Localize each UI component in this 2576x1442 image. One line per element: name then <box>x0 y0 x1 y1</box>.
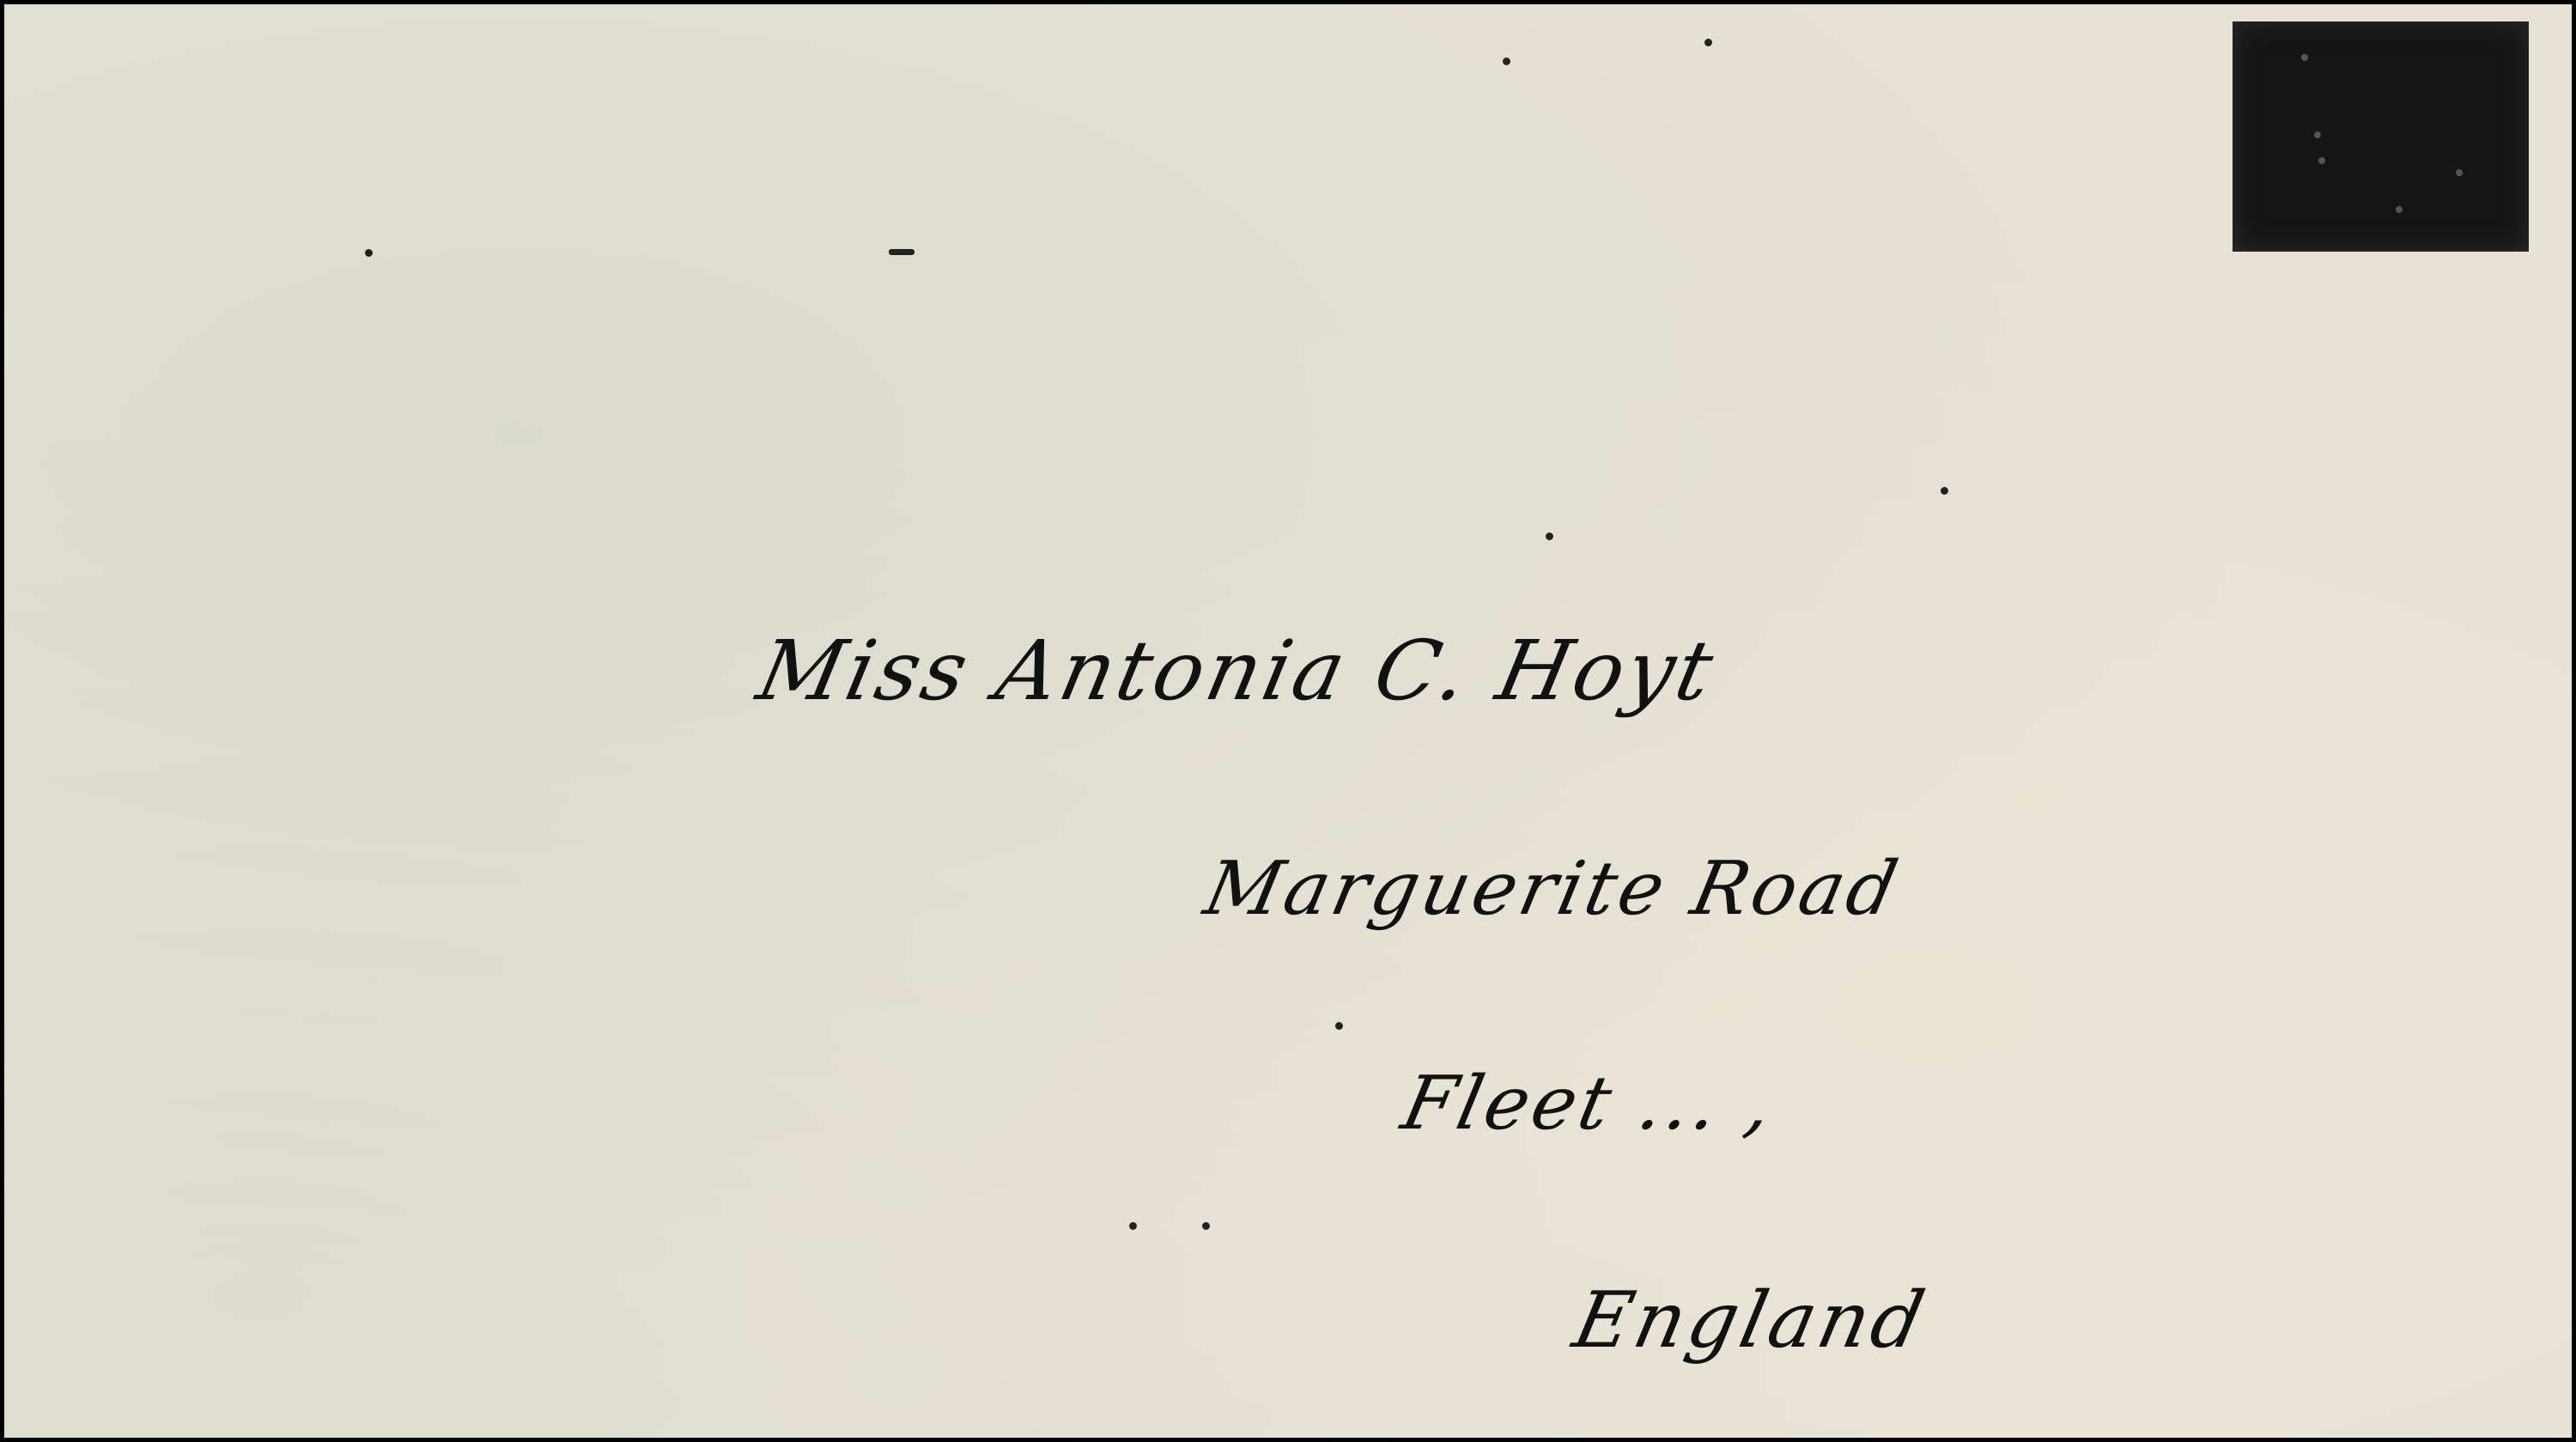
handwritten-address: Miss Antonia C. Hoyt Marguerite Road Fle… <box>4 4 2572 1438</box>
address-town: Fleet ... , <box>1394 1061 1783 1147</box>
address-recipient: Miss Antonia C. Hoyt <box>750 623 1724 719</box>
address-country: England <box>1566 1275 1935 1366</box>
envelope: Miss Antonia C. Hoyt Marguerite Road Fle… <box>4 4 2572 1438</box>
address-street: Marguerite Road <box>1197 846 1907 932</box>
